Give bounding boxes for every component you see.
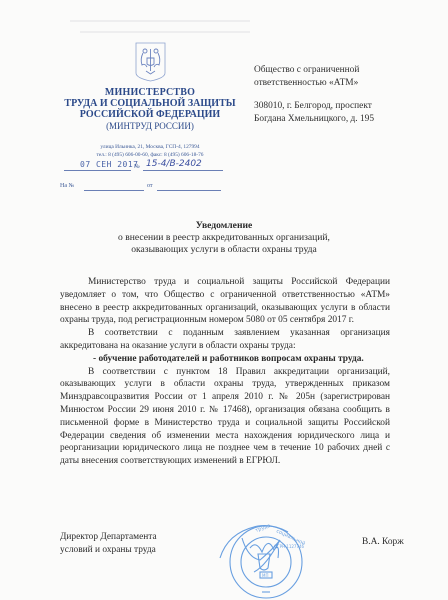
registration-date-stamp: 07 СЕН 2017 (80, 160, 138, 169)
reply-to-label: На № (60, 183, 74, 189)
signatory-position: Директор Департамента условий и охраны т… (60, 531, 157, 557)
scan-artifact (70, 20, 250, 22)
recipient-organization: Общество с ограниченной ответственностью… (254, 64, 359, 90)
letter-page: МИНИСТЕРСТВО ТРУДА И СОЦИАЛЬНОЙ ЗАЩИТЫ Р… (0, 0, 448, 600)
svg-text:труда: труда (255, 523, 272, 534)
document-body: Министерство труда и социальной защиты Р… (60, 276, 390, 468)
reply-to-underline (84, 190, 144, 191)
ministry-phones: тел.: 8 (495) 606-00-60, факс: 8 (495) 6… (40, 152, 260, 158)
ministry-abbreviation: (МИНТРУД РОССИИ) (60, 121, 240, 131)
recipient-address-line1: 308010, г. Белгород, проспект (254, 100, 374, 113)
body-paragraph-1: Министерство труда и социальной защиты Р… (60, 276, 390, 327)
body-paragraph-2: В соответствии с поданным заявлением ука… (60, 327, 390, 353)
document-subtitle-line2: оказывающих услуги в области охраны труд… (0, 244, 448, 255)
signatory-position-line1: Директор Департамента (60, 531, 157, 544)
from-underline (157, 190, 221, 191)
svg-text:ОГРН 1127746: ОГРН 1127746 (274, 544, 305, 549)
from-label: от (147, 183, 153, 189)
signatory-position-line2: условий и охраны труда (60, 544, 157, 557)
number-underline (143, 170, 223, 171)
ministry-address: улица Ильинка, 21, Москва, ГСП-4, 127994 (40, 144, 260, 150)
svg-text:МП: МП (262, 573, 268, 578)
ministry-title-line1: МИНИСТЕРСТВО (60, 87, 240, 98)
number-label: № (134, 164, 140, 170)
recipient-address-line2: Богдана Хмельницкого, д. 195 (254, 113, 374, 126)
ministry-title-line3: РОССИЙСКОЙ ФЕДЕРАЦИИ (60, 109, 240, 120)
recipient-org-line1: Общество с ограниченной (254, 64, 359, 77)
scan-artifact (80, 31, 250, 33)
outgoing-number: 15-4/В-2402 (146, 159, 202, 169)
recipient-org-line2: ответственностью «АТМ» (254, 77, 359, 90)
russian-coat-of-arms-icon (134, 41, 167, 82)
official-seal-icon: труда социальной ОГРН 1127746 МП (218, 518, 306, 600)
accredited-service: - обучение работодателей и работников во… (60, 353, 390, 366)
document-subtitle-line1: о внесении в реестр аккредитованных орга… (0, 232, 448, 243)
signatory-name: В.А. Корж (362, 537, 404, 547)
recipient-address: 308010, г. Белгород, проспект Богдана Хм… (254, 100, 374, 126)
body-paragraph-4: В соответствии с пунктом 18 Правил аккре… (60, 366, 390, 468)
date-underline (64, 170, 131, 171)
ministry-title-line2: ТРУДА И СОЦИАЛЬНОЙ ЗАЩИТЫ (60, 98, 240, 109)
document-title: Уведомление (0, 220, 448, 231)
